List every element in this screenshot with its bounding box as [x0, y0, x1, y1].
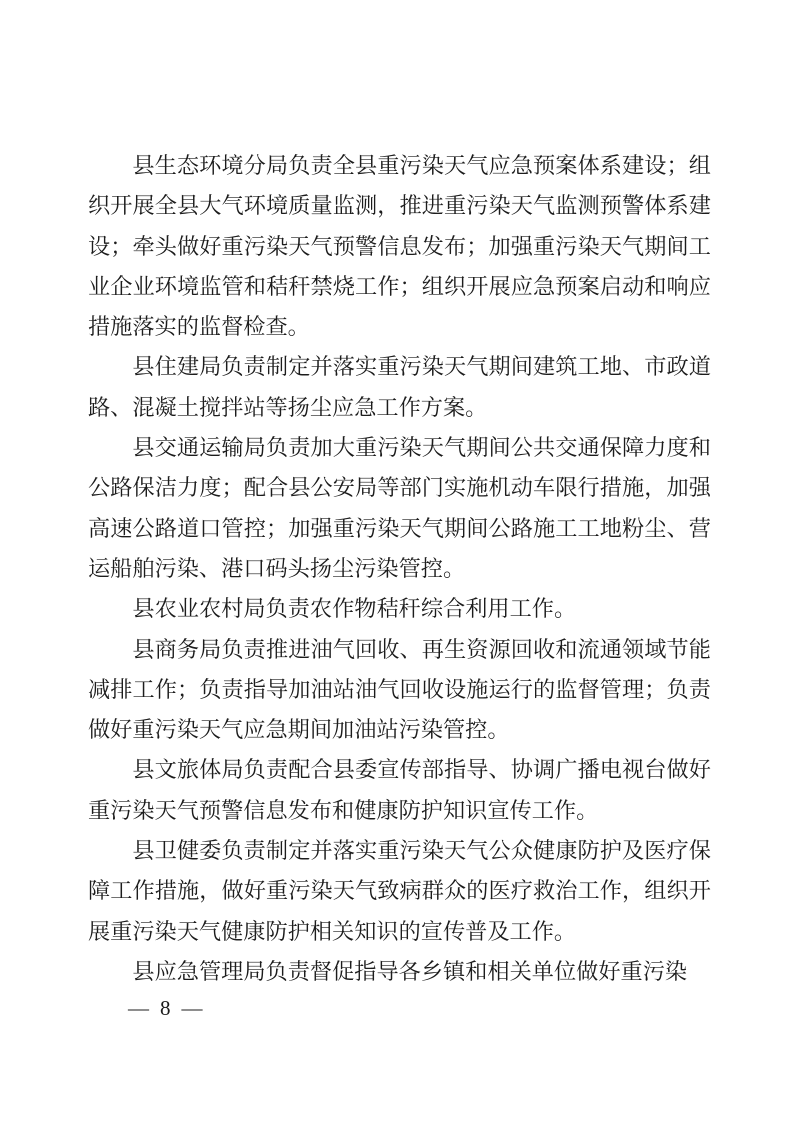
paragraph-ecology-environment-bureau: 县生态环境分局负责全县重污染天气应急预案体系建设；组织开展全县大气环境质量监测，… — [88, 146, 711, 347]
paragraph-culture-tourism-sports-bureau: 县文旅体局负责配合县委宣传部指导、协调广播电视台做好重污染天气预警信息发布和健康… — [88, 750, 711, 831]
paragraph-emergency-management-bureau: 县应急管理局负责督促指导各乡镇和相关单位做好重污染 — [88, 952, 711, 992]
paragraph-transport-bureau: 县交通运输局负责加大重污染天气期间公共交通保障力度和公路保洁力度；配合县公安局等… — [88, 428, 711, 589]
document-page: 县生态环境分局负责全县重污染天气应急预案体系建设；组织开展全县大气环境质量监测，… — [0, 0, 793, 1122]
paragraph-commerce-bureau: 县商务局负责推进油气回收、再生资源回收和流通领域节能减排工作；负责指导加油站油气… — [88, 630, 711, 751]
page-number-left-dash: — — [128, 995, 149, 1021]
page-number-value: 8 — [160, 995, 171, 1021]
paragraph-housing-construction-bureau: 县住建局负责制定并落实重污染天气期间建筑工地、市政道路、混凝土搅拌站等扬尘应急工… — [88, 347, 711, 428]
document-body: 县生态环境分局负责全县重污染天气应急预案体系建设；组织开展全县大气环境质量监测，… — [88, 146, 711, 992]
paragraph-health-commission: 县卫健委负责制定并落实重污染天气公众健康防护及医疗保障工作措施，做好重污染天气致… — [88, 831, 711, 952]
page-number-right-dash: — — [182, 995, 203, 1021]
paragraph-agriculture-rural-bureau: 县农业农村局负责农作物秸秆综合利用工作。 — [88, 589, 711, 629]
page-number: — 8 — — [128, 995, 203, 1021]
